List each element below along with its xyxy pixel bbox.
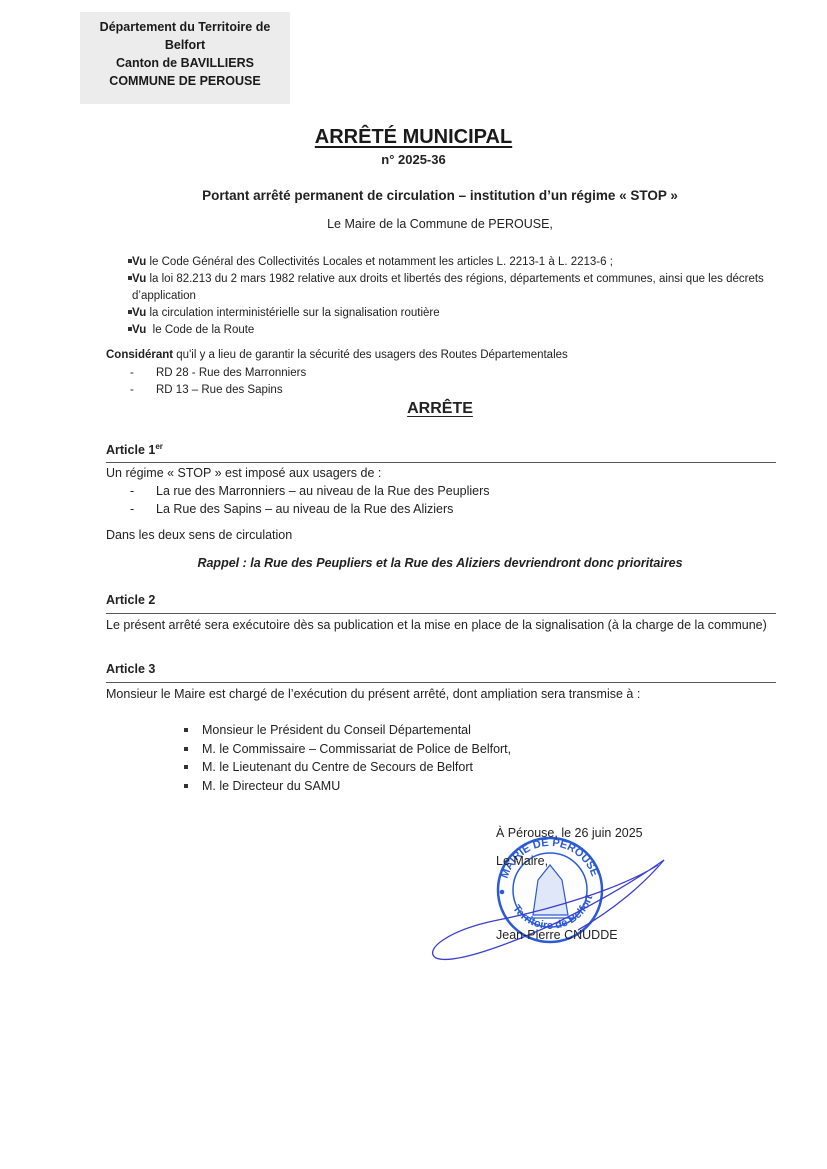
article-1-title: Article 1er [106,442,163,457]
considerant-lead: Considérant [106,349,173,361]
vu-item: Vu le Code de la Route [106,322,786,339]
issuer-line: COMMUNE DE PEROUSE [80,72,290,90]
vu-text: le Code de la Route [146,324,254,336]
square-bullet-icon [184,728,188,732]
route-item: -RD 13 – Rue des Sapins [130,382,306,399]
vu-item: Vu la loi 82.213 du 2 mars 1982 relative… [106,271,786,305]
article-2-text: Le présent arrêté sera exécutoire dès sa… [106,616,781,634]
vu-item: Vu le Code Général des Collectivités Loc… [106,254,786,271]
mayor-stamp-and-signature: MAIRIE DE PEROUSE Territoire de Belfort [428,830,668,965]
document-number: n° 2025-36 [0,152,827,167]
maire-line: Le Maire de la Commune de PEROUSE, [0,217,827,231]
route-item: -RD 28 - Rue des Marronniers [130,365,306,382]
issuer-header: Département du Territoire de Belfort Can… [80,12,290,104]
signature-date: À Pérouse, le 26 juin 2025 [496,826,643,840]
article-2-title: Article 2 [106,593,155,607]
recipient-item: Monsieur le Président du Conseil Départe… [180,721,511,740]
stop-item: -La Rue des Sapins – au niveau de la Rue… [130,500,490,518]
recipient-list: Monsieur le Président du Conseil Départe… [180,721,511,795]
vu-lead: Vu [132,273,146,285]
recipient-item: M. le Lieutenant du Centre de Secours de… [180,758,511,777]
vu-lead: Vu [132,256,146,268]
document-subject: Portant arrêté permanent de circulation … [0,188,827,203]
vu-lead: Vu [132,307,146,319]
article-divider [106,613,776,614]
stop-item: -La rue des Marronniers – au niveau de l… [130,482,490,500]
article-1-intro: Un régime « STOP » est imposé aux usager… [106,464,781,482]
square-bullet-icon [184,747,188,751]
vu-text: le Code Général des Collectivités Locale… [146,256,613,268]
article-3-text: Monsieur le Maire est chargé de l’exécut… [106,685,781,703]
signatory-name: Jean-Pierre CNUDDE [496,928,618,942]
dash-bullet-icon: - [130,482,134,500]
rappel-note: Rappel : la Rue des Peupliers et la Rue … [0,556,827,570]
vu-text: la loi 82.213 du 2 mars 1982 relative au… [132,273,764,302]
recipient-item: M. le Directeur du SAMU [180,777,511,796]
article-divider [106,462,776,463]
vu-item: Vu la circulation interministérielle sur… [106,305,786,322]
vu-text: la circulation interministérielle sur la… [146,307,439,319]
square-bullet-icon [184,784,188,788]
recipient-item: M. le Commissaire – Commissariat de Poli… [180,740,511,759]
dash-bullet-icon: - [130,382,134,399]
considerant: Considérant qu'il y a lieu de garantir l… [106,349,568,361]
dash-bullet-icon: - [130,365,134,382]
vu-lead: Vu [132,324,146,336]
stop-list: -La rue des Marronniers – au niveau de l… [130,482,490,518]
square-bullet-icon [184,765,188,769]
issuer-line: Canton de BAVILLIERS [80,54,290,72]
issuer-line: Département du Territoire de [80,18,290,36]
article-3-title: Article 3 [106,662,155,676]
article-divider [106,682,776,683]
issuer-line: Belfort [80,36,290,54]
dash-bullet-icon: - [130,500,134,518]
document-title: ARRÊTÉ MUNICIPAL [0,126,827,149]
article-1-outro: Dans les deux sens de circulation [106,526,781,544]
considerant-text: qu'il y a lieu de garantir la sécurité d… [173,349,568,361]
route-list: -RD 28 - Rue des Marronniers -RD 13 – Ru… [130,365,306,399]
signature-role: Le Maire, [496,854,548,868]
arrete-heading: ARRÊTE [0,400,827,418]
vu-list: Vu le Code Général des Collectivités Loc… [106,254,786,339]
